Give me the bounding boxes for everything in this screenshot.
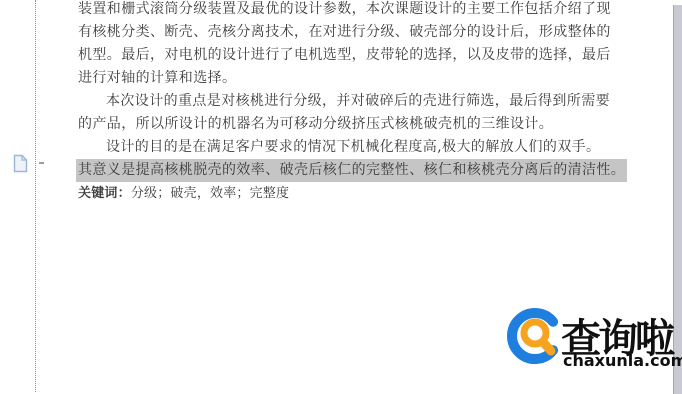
comment-marker-icon[interactable] [13, 154, 28, 173]
page-margin-guide [35, 0, 36, 392]
keywords-label: 关键词： [78, 186, 131, 201]
selected-text-line[interactable]: 其意义是提高核桃脱壳的效率、破壳后核仁的完整性、核仁和核桃壳分离后的清洁性。 [76, 159, 627, 182]
text-line[interactable]: 本次设计的重点是对核桃进行分级，并对破碎后的壳进行筛选，最后得到所需要 [78, 90, 623, 113]
margin-dash-icon [39, 162, 44, 164]
magnifier-logo-icon [505, 305, 565, 367]
text-line[interactable]: 机型。最后，对电机的设计进行了电机选型，皮带轮的选择，以及皮带的选择，最后 [78, 44, 623, 67]
brand-domain: chaxunla.com [563, 351, 682, 370]
keywords-line[interactable]: 关键词：分级；破壳，效率；完整度 [78, 182, 623, 205]
text-line[interactable]: 的产品，所以所设计的机器名为可移动分级挤压式核桃破壳机的三维设计。 [78, 113, 623, 136]
keywords-value: 分级；破壳，效率；完整度 [131, 186, 289, 201]
document-text: 装置和栅式滚筒分级装置及最优的设计参数，本次课题设计的主要工作包括介绍了现 有核… [78, 0, 623, 205]
text-line[interactable]: 有核桃分类、断壳、壳核分离技术，在对进行分级、破壳部分的设计后，形成整体的 [78, 21, 623, 44]
watermark-logo: 查询啦 chaxunla.com [505, 305, 675, 375]
text-line[interactable]: 装置和栅式滚筒分级装置及最优的设计参数，本次课题设计的主要工作包括介绍了现 [78, 0, 623, 21]
text-line[interactable]: 设计的目的是在满足客户要求的情况下机械化程度高,极大的解放人们的双手。 [78, 136, 623, 159]
text-line[interactable]: 进行对轴的计算和选择。 [78, 67, 623, 90]
